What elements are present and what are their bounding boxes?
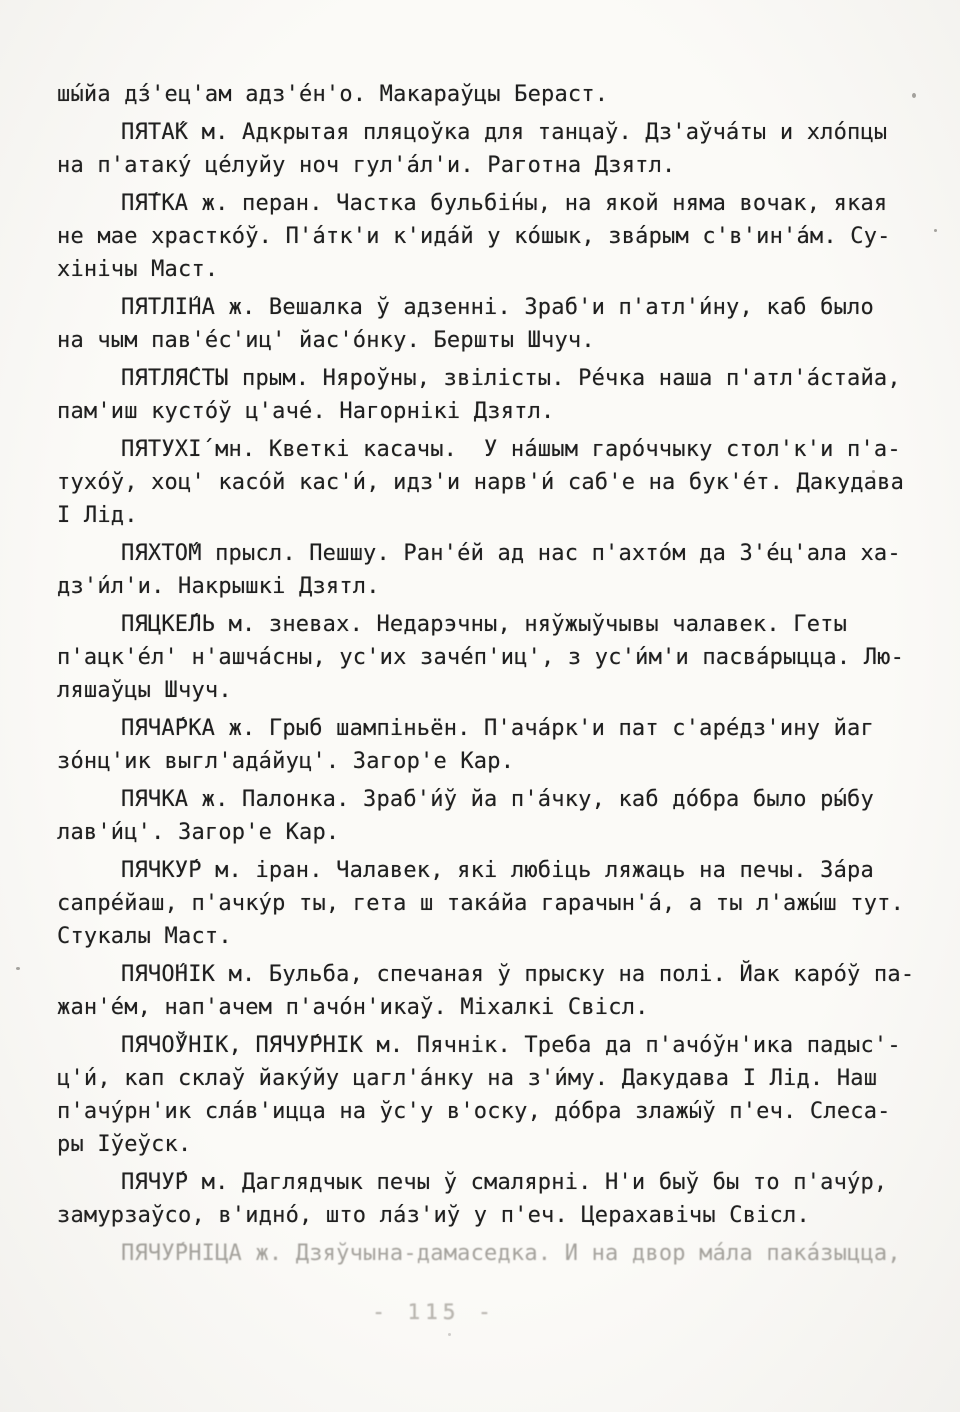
dict-entry-pyachka: ПЯЧКА ж. Палонка. Зраб'и́ў йа п'а́чку, к… bbox=[57, 783, 935, 849]
entry-headword: ПЯЧО́ЎНІК, ПЯЧУ́РНІК bbox=[121, 1033, 363, 1058]
entry-headword: ПЯЧА́РКА bbox=[121, 716, 215, 741]
page-number: - 115 - bbox=[0, 1296, 873, 1329]
scan-speck bbox=[934, 229, 937, 232]
dict-entry-pyachounik: ПЯЧО́ЎНІК, ПЯЧУ́РНІК м. Пячнік. Треба да… bbox=[57, 1029, 935, 1161]
dict-entry-pyachur: ПЯЧУ́Р м. Даглядчык печы ў смалярні. Н'и… bbox=[57, 1166, 935, 1232]
entry-headword: ПЯЧУ́РНІЦА bbox=[121, 1241, 242, 1266]
dict-entry-pyachkur: ПЯЧКУ́Р м. іран. Чалавек, які любіць ляж… bbox=[57, 854, 935, 953]
entry-headword: ПЯЧУ́Р bbox=[121, 1170, 188, 1195]
scan-speck bbox=[872, 470, 875, 473]
dict-entry-pyachurnitsa: ПЯЧУ́РНІЦА ж. Дзяўчына-дамаседка. И на д… bbox=[57, 1237, 935, 1270]
entry-headword: ПЯТЛІ́НА bbox=[121, 295, 215, 320]
entry-headword: ПЯЧКА bbox=[121, 787, 188, 812]
scan-speck bbox=[912, 93, 916, 98]
scan-speck bbox=[16, 967, 20, 970]
scanned-dictionary-page: шы́йа дз́'ец'ам адз'е́н'о. Макараўцы Бер… bbox=[0, 0, 960, 1412]
entry-headword: ПЯТУХІ́ bbox=[121, 437, 202, 462]
entry-headword: ПЯХТО́М bbox=[121, 541, 202, 566]
continuation-line: шы́йа дз́'ец'ам адз'е́н'о. Макараўцы Бер… bbox=[57, 78, 935, 111]
entry-headword: ПЯТА́К bbox=[121, 120, 188, 145]
entry-headword: ПЯ́ТКА bbox=[121, 191, 188, 216]
entry-headword: ПЯЧО́НІК bbox=[121, 962, 215, 987]
dict-entry-pyatlina: ПЯТЛІ́НА ж. Вешалка ў адзенні. Зраб'и п'… bbox=[57, 291, 935, 357]
dict-entry-pyacharka: ПЯЧА́РКА ж. Грыб шампіньён. П'ача́рк'и п… bbox=[57, 712, 935, 778]
entry-headword: ПЯЦКЕ́ЛЬ bbox=[121, 612, 215, 637]
entry-body: ж. Дзяўчына-дамаседка. И на двор ма́ла п… bbox=[242, 1241, 901, 1266]
scan-speck bbox=[448, 1333, 451, 1336]
dict-entry-pyakhtom: ПЯХТО́М прысл. Пешшу. Ран'е́й ад нас п'а… bbox=[57, 537, 935, 603]
dict-entry-pyatka: ПЯ́ТКА ж. перан. Частка бульбі́ны, на як… bbox=[57, 187, 935, 286]
entry-headword: ПЯЧКУ́Р bbox=[121, 858, 202, 883]
entry-headword: ПЯТЛЯ́СТЫ bbox=[121, 366, 229, 391]
dict-entry-pyatukhi: ПЯТУХІ́ мн. Кветкі касачы. У на́шым гаро… bbox=[57, 433, 935, 532]
dict-entry-pyachonik: ПЯЧО́НІК м. Бульба, спечаная ў прыску на… bbox=[57, 958, 935, 1024]
dict-entry-pyatlyasty: ПЯТЛЯ́СТЫ прым. Няроўны, звілісты. Ре́чк… bbox=[57, 362, 935, 428]
dict-entry-pyatskel: ПЯЦКЕ́ЛЬ м. зневах. Недарэчны, няўжыўчыв… bbox=[57, 608, 935, 707]
dict-entry-pyatak: ПЯТА́К м. Адкрытая пляцоўка для танцаў. … bbox=[57, 116, 935, 182]
